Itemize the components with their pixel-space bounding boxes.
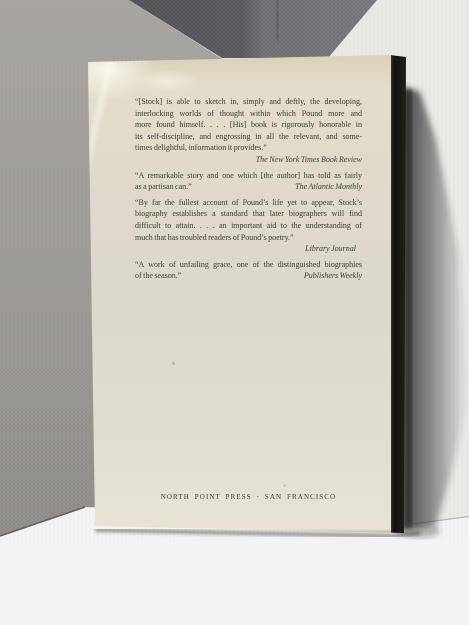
blurb-line: more found himself. . . . [His] book is … <box>135 119 362 131</box>
spine-edge <box>391 55 406 533</box>
blurb-line: “A work of unfailing grace, one of the d… <box>135 259 362 271</box>
blurb-library-journal: “By far the fullest account of Pound’s l… <box>135 197 362 255</box>
blurb-attribution: Publishers Weekly <box>304 270 362 282</box>
book-photo: “[Stock] is able to sketch in, simply an… <box>0 0 469 625</box>
blurb-attribution: Library Journal <box>135 243 356 255</box>
blurb-line: difficult to attain. . . . an important … <box>135 220 362 232</box>
blurb-nyt: “[Stock] is able to sketch in, simply an… <box>135 96 362 166</box>
blurb-publishers-weekly: “A work of unfailing grace, one of the d… <box>135 259 362 282</box>
blurb-line: “[Stock] is able to sketch in, simply an… <box>135 96 362 108</box>
blurb-line: its self-discipline, and engrossing in a… <box>135 131 362 143</box>
review-blurbs: “[Stock] is able to sketch in, simply an… <box>135 96 362 286</box>
blurb-tail: as a partisan can.” <box>135 181 192 193</box>
blurb-line: times delightful, information it provide… <box>135 142 362 154</box>
blurb-atlantic: “A remarkable story and one which [the a… <box>135 170 362 193</box>
blurb-line: as a partisan can.” The Atlantic Monthly <box>135 181 362 193</box>
publisher-imprint-line: NORTH POINT PRESS · SAN FRANCISCO <box>135 493 362 501</box>
blurb-line: “A remarkable story and one which [the a… <box>135 170 362 182</box>
blurb-line: much that has troubled readers of Pound’… <box>135 232 362 244</box>
blurb-line: of the season.” Publishers Weekly <box>135 270 362 282</box>
book-back-cover: “[Stock] is able to sketch in, simply an… <box>88 55 406 533</box>
blurb-line: “By far the fullest account of Pound’s l… <box>135 197 362 209</box>
blurb-line: biography establishes a standard that la… <box>135 208 362 220</box>
blurb-line: interlocking worlds of thought within wh… <box>135 108 362 120</box>
blurb-attribution: The New York Times Book Review <box>135 154 362 166</box>
blurb-tail: of the season.” <box>135 270 181 282</box>
blurb-attribution: The Atlantic Monthly <box>295 181 362 193</box>
